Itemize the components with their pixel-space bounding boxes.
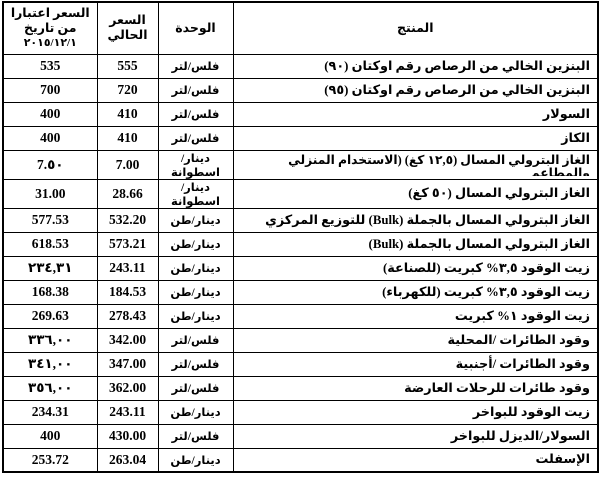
unit-cell: دينار/اسطوانة [158,150,233,179]
table-row: زيت الوقود ٣,٥% كبريت (للكهرباء)دينار/طن… [3,280,598,304]
col-header-current-price: السعر الحالي [97,2,158,54]
current-price-cell: 28.66 [97,179,158,208]
effective-price-cell: 7.٥٠ [3,150,97,179]
effective-price-cell: 400 [3,424,97,448]
effective-price-cell: 700 [3,78,97,102]
table-row: زيت الوقود ١% كبريتدينار/طن278.43269.63 [3,304,598,328]
product-cell: زيت الوقود ٣,٥% كبريت (للصناعة) [233,256,598,280]
product-cell: الإسفلت [233,448,598,472]
product-cell: الغاز البترولي المسال بالجملة (Bulk) للت… [233,208,598,232]
effective-price-cell: 577.53 [3,208,97,232]
table-row: وقود طائرات للرحلات العارضةفلس/لتر362.00… [3,376,598,400]
current-price-cell: 342.00 [97,328,158,352]
table-row: الغاز البترولي المسال (٥٠ كغ)دينار/اسطوا… [3,179,598,208]
effective-price-cell: 234.31 [3,400,97,424]
unit-cell: دينار/طن [158,448,233,472]
unit-cell: فلس/لتر [158,78,233,102]
current-price-cell: 243.11 [97,256,158,280]
effective-price-cell: ٣٥٦,٠٠ [3,376,97,400]
fuel-price-table: المنتج الوحدة السعر الحالي السعر اعتبارا… [2,1,599,473]
unit-cell: دينار/طن [158,208,233,232]
current-price-cell: 347.00 [97,352,158,376]
header-row: المنتج الوحدة السعر الحالي السعر اعتبارا… [3,2,598,54]
unit-cell: فلس/لتر [158,102,233,126]
unit-cell: فلس/لتر [158,424,233,448]
col-header-unit-label: الوحدة [159,21,233,36]
effective-price-cell: 269.63 [3,304,97,328]
effective-price-cell: 168.38 [3,280,97,304]
product-cell: السولار [233,102,598,126]
unit-cell: فلس/لتر [158,328,233,352]
table-row: الغاز البترولي المسال (١٢,٥ كغ) (الاستخد… [3,150,598,179]
table-header: المنتج الوحدة السعر الحالي السعر اعتبارا… [3,2,598,54]
table-row: زيت الوقود للبواخردينار/طن243.11234.31 [3,400,598,424]
effective-price-cell: 253.72 [3,448,97,472]
product-cell: الغاز البترولي المسال بالجملة (Bulk) [233,232,598,256]
product-cell: البنزين الخالي من الرصاص رقم اوكتان (٩٥) [233,78,598,102]
current-price-cell: 532.20 [97,208,158,232]
unit-cell: فلس/لتر [158,126,233,150]
unit-cell: فلس/لتر [158,54,233,78]
product-cell: وقود الطائرات /أجنبية [233,352,598,376]
unit-cell: دينار/طن [158,280,233,304]
current-price-cell: 184.53 [97,280,158,304]
unit-cell: دينار/طن [158,304,233,328]
unit-cell: فلس/لتر [158,376,233,400]
table-row: الغاز البترولي المسال بالجملة (Bulk) للت… [3,208,598,232]
effective-price-cell: ٢٣٤,٣١ [3,256,97,280]
effective-price-label-line1: السعر اعتبارا [4,6,97,21]
current-price-cell: 410 [97,102,158,126]
unit-cell: دينار/طن [158,256,233,280]
effective-price-cell: ٣٣٦,٠٠ [3,328,97,352]
current-price-cell: 7.00 [97,150,158,179]
product-cell: الكاز [233,126,598,150]
current-price-cell: 362.00 [97,376,158,400]
unit-cell: دينار/طن [158,232,233,256]
product-cell: وقود طائرات للرحلات العارضة [233,376,598,400]
table-row: وقود الطائرات /أجنبيةفلس/لتر347.00٣٤١,٠٠ [3,352,598,376]
table-row: الكازفلس/لتر410400 [3,126,598,150]
product-cell: زيت الوقود للبواخر [233,400,598,424]
table-row: السولار/الديزل للبواخرفلس/لتر430.00400 [3,424,598,448]
effective-price-label-line2: من تاريخ [4,21,97,36]
current-price-cell: 243.11 [97,400,158,424]
current-price-cell: 278.43 [97,304,158,328]
unit-cell: دينار/طن [158,400,233,424]
table-row: وقود الطائرات /المحليةفلس/لتر342.00٣٣٦,٠… [3,328,598,352]
product-cell: زيت الوقود ١% كبريت [233,304,598,328]
col-header-product-label: المنتج [234,21,598,36]
effective-price-cell: 31.00 [3,179,97,208]
table-row: زيت الوقود ٣,٥% كبريت (للصناعة)دينار/طن2… [3,256,598,280]
table-row: البنزين الخالي من الرصاص رقم اوكتان (٩٥)… [3,78,598,102]
effective-price-cell: 618.53 [3,232,97,256]
unit-cell: دينار/اسطوانة [158,179,233,208]
effective-price-cell: ٣٤١,٠٠ [3,352,97,376]
current-price-cell: 555 [97,54,158,78]
current-price-cell: 430.00 [97,424,158,448]
table-row: الإسفلتدينار/طن263.04253.72 [3,448,598,472]
unit-cell: فلس/لتر [158,352,233,376]
price-table-body: البنزين الخالي من الرصاص رقم اوكتان (٩٠)… [3,54,598,472]
product-cell: الغاز البترولي المسال (٥٠ كغ) [233,179,598,208]
effective-price-cell: 400 [3,102,97,126]
product-cell: البنزين الخالي من الرصاص رقم اوكتان (٩٠) [233,54,598,78]
current-price-cell: 263.04 [97,448,158,472]
current-price-cell: 410 [97,126,158,150]
table-row: البنزين الخالي من الرصاص رقم اوكتان (٩٠)… [3,54,598,78]
product-cell: وقود الطائرات /المحلية [233,328,598,352]
effective-price-cell: 400 [3,126,97,150]
current-price-label-line1: السعر [98,13,158,28]
col-header-product: المنتج [233,2,598,54]
product-cell: زيت الوقود ٣,٥% كبريت (للكهرباء) [233,280,598,304]
product-cell: الغاز البترولي المسال (١٢,٥ كغ) (الاستخد… [233,150,598,179]
current-price-label-line2: الحالي [98,28,158,43]
table-row: السولارفلس/لتر410400 [3,102,598,126]
current-price-cell: 573.21 [97,232,158,256]
effective-price-cell: 535 [3,54,97,78]
col-header-effective-price: السعر اعتبارا من تاريخ ٢٠١٥/١٢/١ [3,2,97,54]
col-header-unit: الوحدة [158,2,233,54]
current-price-cell: 720 [97,78,158,102]
effective-price-date: ٢٠١٥/١٢/١ [4,36,97,51]
product-cell: السولار/الديزل للبواخر [233,424,598,448]
table-row: الغاز البترولي المسال بالجملة (Bulk)دينا… [3,232,598,256]
